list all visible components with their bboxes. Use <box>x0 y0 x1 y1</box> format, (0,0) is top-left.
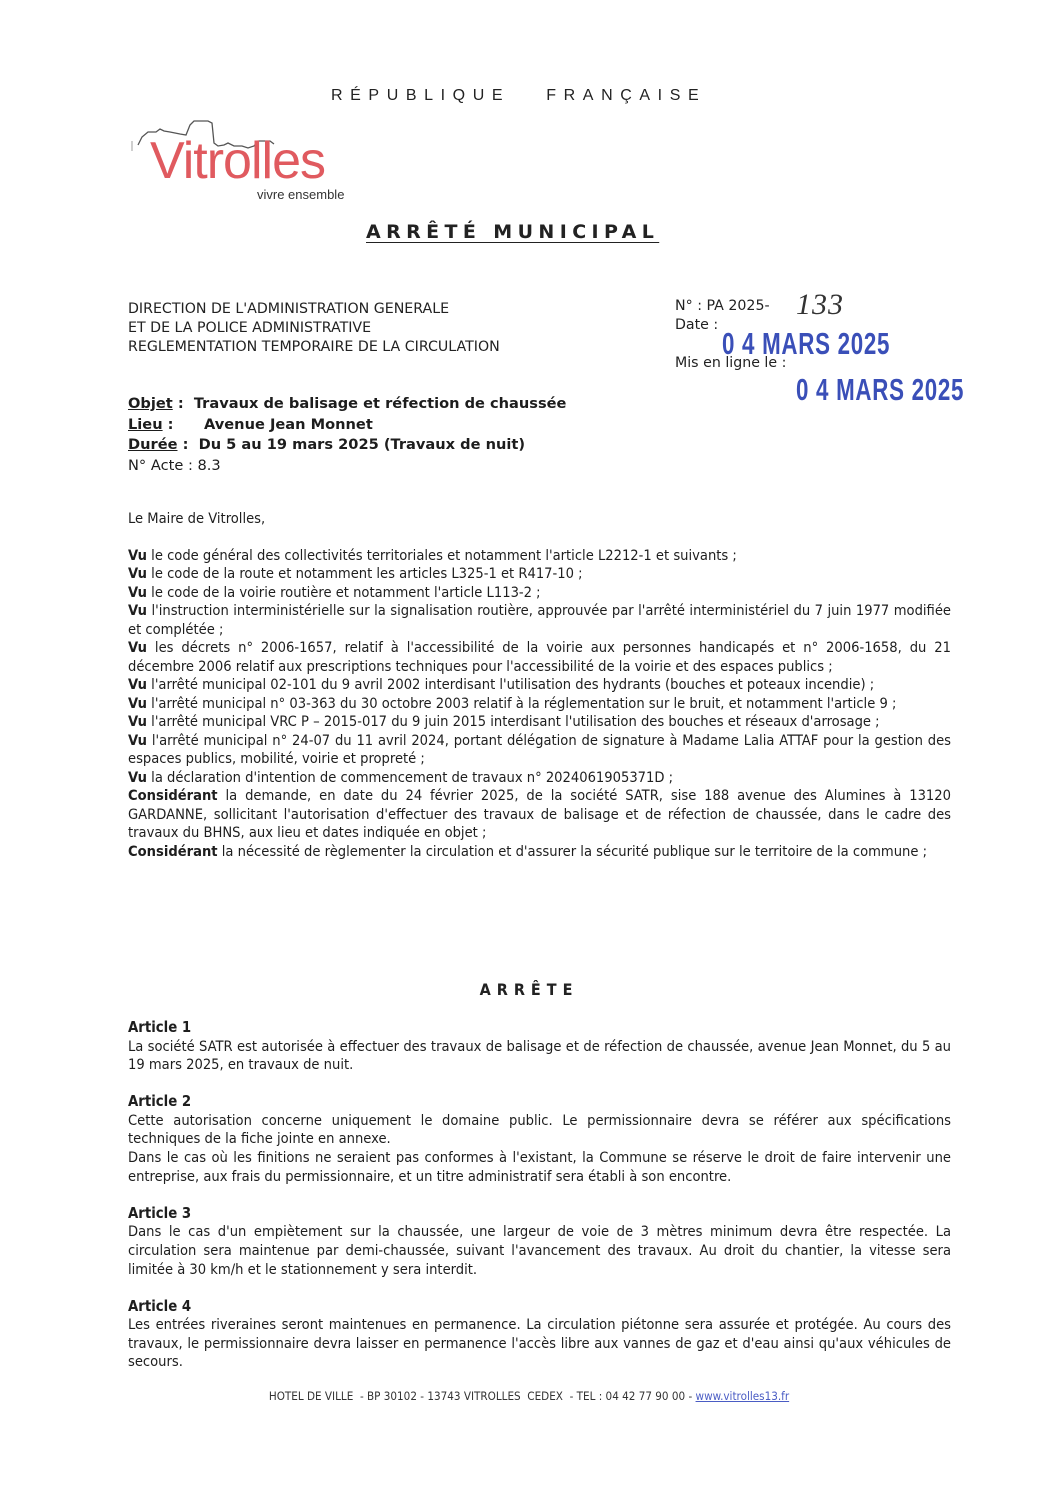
duree-row: Durée : Du 5 au 19 mars 2025 (Travaux de… <box>128 435 566 456</box>
article-title: Article 2 <box>128 1093 951 1112</box>
preamble-item: Vu l'arrêté municipal 02-101 du 9 avril … <box>128 676 951 695</box>
article-title: Article 1 <box>128 1019 951 1038</box>
department-line: REGLEMENTATION TEMPORAIRE DE LA CIRCULAT… <box>128 338 500 357</box>
preamble-lead: Vu <box>128 695 147 712</box>
article: Article 2Cette autorisation concerne uni… <box>128 1093 951 1186</box>
preamble-lead: Vu <box>128 584 147 601</box>
lieu-label: Lieu <box>128 416 163 433</box>
preamble-item: Considérant la nécessité de règlementer … <box>128 843 951 862</box>
footer-address: HOTEL DE VILLE - BP 30102 - 13743 VITROL… <box>269 1389 696 1403</box>
duree-value: Du 5 au 19 mars 2025 (Travaux de nuit) <box>199 436 525 453</box>
objet-value: Travaux de balisage et réfection de chau… <box>194 395 567 412</box>
preamble-lead: Vu <box>128 547 147 564</box>
department-line: DIRECTION DE L'ADMINISTRATION GENERALE <box>128 300 500 319</box>
preamble-lead: Vu <box>128 676 147 693</box>
preamble-lead: Considérant <box>128 843 218 860</box>
preamble-text: la déclaration d'intention de commenceme… <box>147 769 673 786</box>
opening-line: Le Maire de Vitrolles, <box>128 510 951 529</box>
article-title: Article 3 <box>128 1205 951 1224</box>
article: Article 3Dans le cas d'un empiètement su… <box>128 1205 951 1279</box>
document-title: ARRÊTÉ MUNICIPAL <box>366 221 659 243</box>
preamble-list: Vu le code général des collectivités ter… <box>128 547 951 862</box>
preamble-item: Vu l'arrêté municipal n° 24-07 du 11 avr… <box>128 732 951 769</box>
preamble-item: Considérant la demande, en date du 24 fé… <box>128 787 951 843</box>
online-date-stamp: 0 4 MARS 2025 <box>796 372 964 408</box>
preamble-item: Vu l'instruction interministérielle sur … <box>128 602 951 639</box>
article-paragraph: Les entrées riveraines seront maintenues… <box>128 1316 951 1372</box>
lieu-row: Lieu : Avenue Jean Monnet <box>128 415 566 436</box>
preamble-item: Vu l'arrêté municipal VRC P – 2015-017 d… <box>128 713 951 732</box>
preamble-text: le code de la route et notamment les art… <box>147 565 583 582</box>
article-title: Article 4 <box>128 1298 951 1317</box>
preamble-item: Vu les décrets n° 2006-1657, relatif à l… <box>128 639 951 676</box>
preamble-text: le code général des collectivités territ… <box>147 547 737 564</box>
article-paragraph: Dans le cas d'un empiètement sur la chau… <box>128 1223 951 1279</box>
acte-number: N° Acte : 8.3 <box>128 456 566 477</box>
preamble-item: Vu le code de la route et notamment les … <box>128 565 951 584</box>
article: Article 4Les entrées riveraines seront m… <box>128 1298 951 1372</box>
preamble-text: l'arrêté municipal n° 24-07 du 11 avril … <box>128 732 951 768</box>
preamble-item: Vu le code de la voirie routière et nota… <box>128 584 951 603</box>
preamble-lead: Considérant <box>128 787 218 804</box>
objet-label: Objet <box>128 395 173 412</box>
article-paragraph: Cette autorisation concerne uniquement l… <box>128 1112 951 1149</box>
preamble-lead: Vu <box>128 732 147 749</box>
preamble-text: le code de la voirie routière et notamme… <box>147 584 541 601</box>
decision-heading: ARRÊTE <box>0 980 1058 999</box>
summary-block: Objet : Travaux de balisage et réfection… <box>128 394 566 476</box>
preamble-text: les décrets n° 2006-1657, relatif à l'ac… <box>128 639 951 675</box>
preamble-item: Vu la déclaration d'intention de commenc… <box>128 769 951 788</box>
lieu-value: Avenue Jean Monnet <box>204 416 373 433</box>
preamble-lead: Vu <box>128 565 147 582</box>
department-line: ET DE LA POLICE ADMINISTRATIVE <box>128 319 500 338</box>
preamble-text: la nécessité de règlementer la circulati… <box>218 843 927 860</box>
articles-list: Article 1La société SATR est autorisée à… <box>128 1019 951 1391</box>
preamble-text: l'arrêté municipal VRC P – 2015-017 du 9… <box>147 713 880 730</box>
preamble-text: la demande, en date du 24 février 2025, … <box>128 787 951 841</box>
website-link[interactable]: www.vitrolles13.fr <box>696 1389 790 1403</box>
preamble-text: l'arrêté municipal n° 03-363 du 30 octob… <box>147 695 896 712</box>
logo-wordmark: Vitrolles <box>150 135 325 187</box>
preamble-text: l'arrêté municipal 02-101 du 9 avril 200… <box>147 676 874 693</box>
objet-row: Objet : Travaux de balisage et réfection… <box>128 394 566 415</box>
article-paragraph: Dans le cas où les finitions ne seraient… <box>128 1149 951 1186</box>
preamble-lead: Vu <box>128 713 147 730</box>
preamble-lead: Vu <box>128 639 147 656</box>
preamble-item: Vu l'arrêté municipal n° 03-363 du 30 oc… <box>128 695 951 714</box>
department-block: DIRECTION DE L'ADMINISTRATION GENERALE E… <box>128 300 500 357</box>
handwritten-number: 133 <box>796 288 844 322</box>
vitrolles-logo: Vitrolles vivre ensemble <box>130 115 390 210</box>
preamble-lead: Vu <box>128 602 147 619</box>
preamble-item: Vu le code général des collectivités ter… <box>128 547 951 566</box>
reference-number: N° : PA 2025- <box>675 297 786 316</box>
logo-tagline: vivre ensemble <box>257 187 344 202</box>
footer: HOTEL DE VILLE - BP 30102 - 13743 VITROL… <box>0 1389 1058 1403</box>
republique-francaise-heading: RÉPUBLIQUE FRANÇAISE <box>331 87 706 105</box>
duree-label: Durée <box>128 436 178 453</box>
date-stamp: 0 4 MARS 2025 <box>722 326 890 362</box>
article: Article 1La société SATR est autorisée à… <box>128 1019 951 1075</box>
preamble-text: l'instruction interministérielle sur la … <box>128 602 951 638</box>
preamble-lead: Vu <box>128 769 147 786</box>
preamble: Le Maire de Vitrolles, Vu le code généra… <box>128 510 951 861</box>
article-paragraph: La société SATR est autorisée à effectue… <box>128 1038 951 1075</box>
